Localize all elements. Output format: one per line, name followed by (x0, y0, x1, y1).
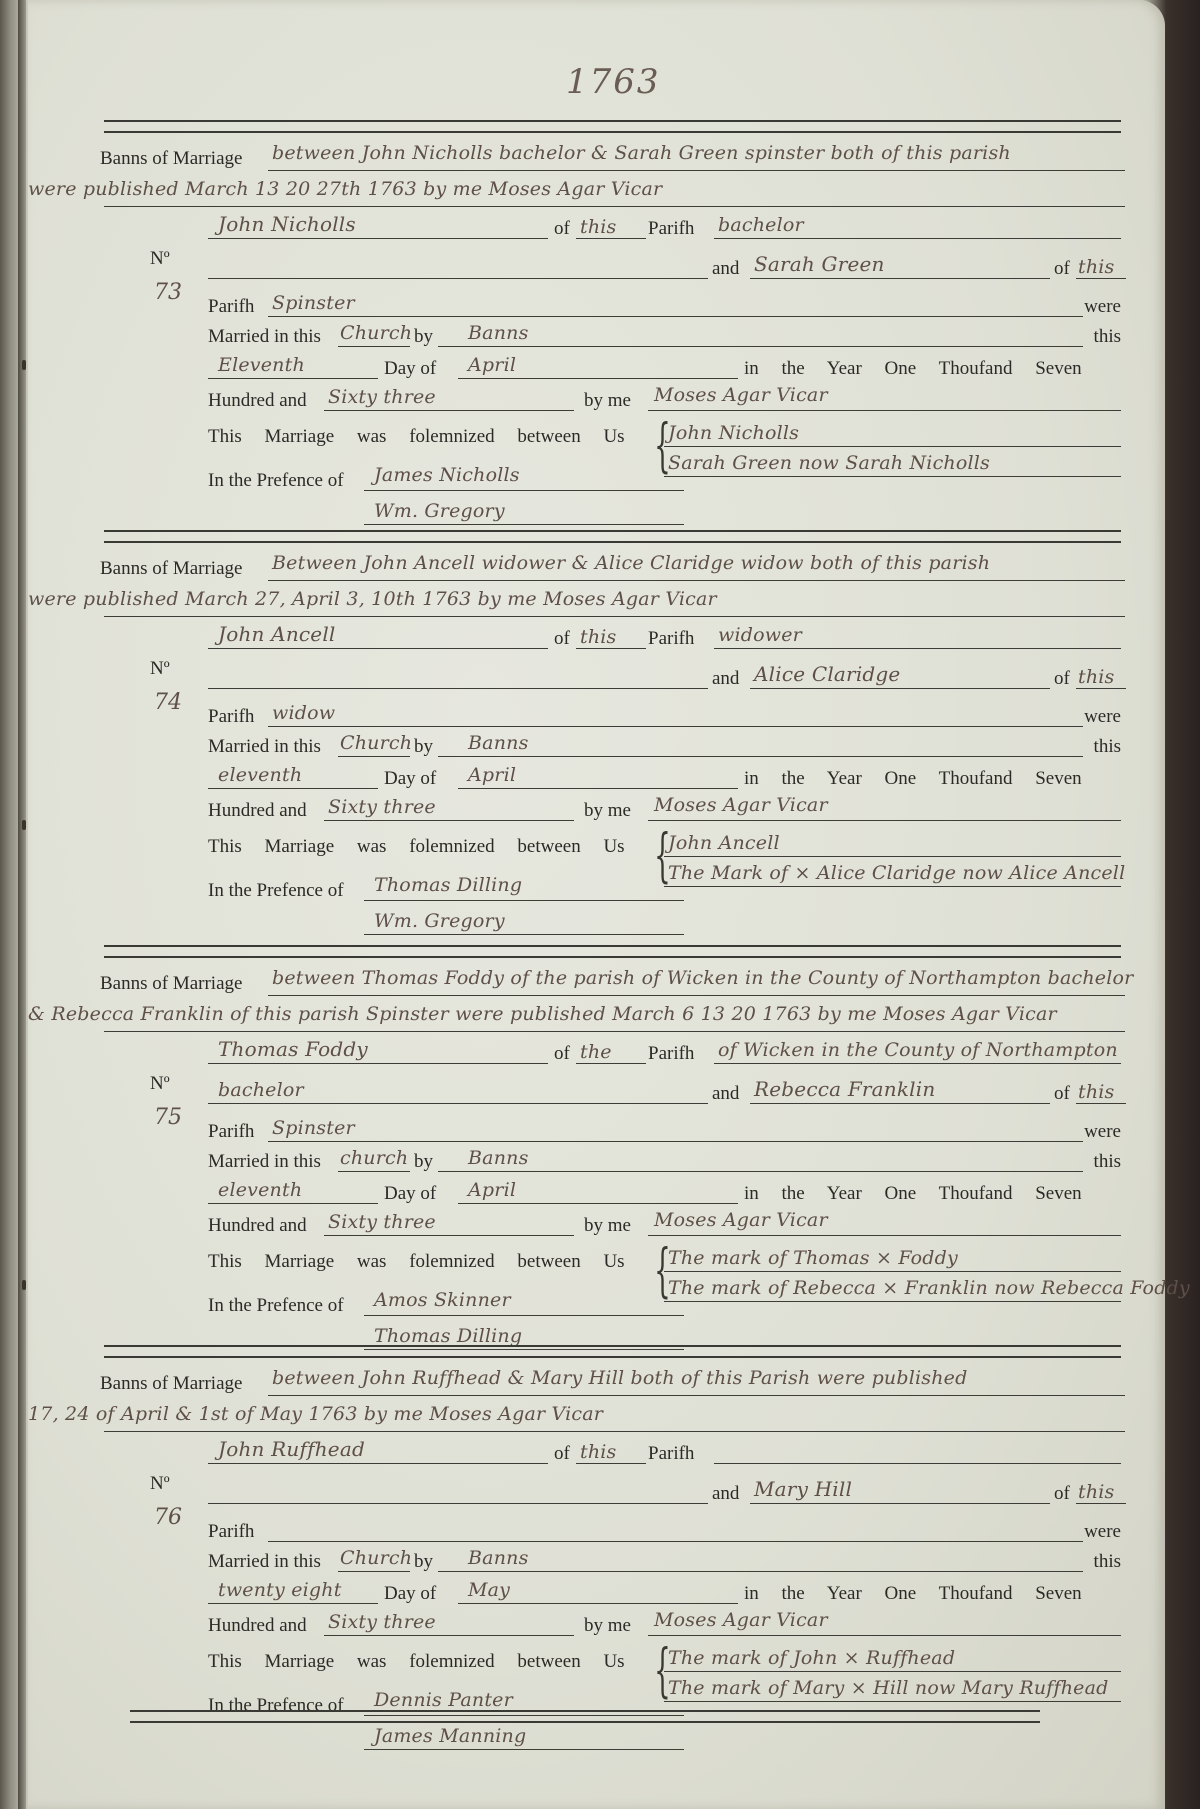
bride-name: Alice Claridge (754, 662, 900, 686)
day-value: Eleventh (218, 354, 305, 376)
entry-divider (104, 530, 1121, 543)
month-value: May (468, 1579, 510, 1601)
year-words: Sixty three (328, 796, 436, 818)
this-label: this (1094, 326, 1121, 348)
groom-name: John Ruffhead (218, 1437, 365, 1461)
year-phrase: in the Year One Thoufand Seven (744, 1583, 1082, 1605)
by-me-label: by me (584, 1215, 631, 1237)
groom-of-underline (576, 1063, 646, 1064)
by-label: by (414, 326, 433, 348)
day-underline (208, 788, 378, 789)
groom-status-underline (714, 1463, 1121, 1464)
banns-text-line1: Between John Ancell widower & Alice Clar… (272, 552, 990, 574)
month-value: April (468, 764, 516, 786)
parish-label: Parifh (648, 1443, 694, 1465)
year-words: Sixty three (328, 1611, 436, 1633)
were-label: were (1084, 1121, 1121, 1143)
witness-1-underline (364, 1315, 684, 1316)
and-label: and (712, 668, 739, 690)
binding-stitch (22, 360, 26, 370)
signature-1: The mark of John × Ruffhead (668, 1647, 955, 1669)
by-value: Banns (468, 1547, 529, 1569)
banns-underline (268, 1395, 1125, 1396)
bride-name: Rebecca Franklin (754, 1077, 935, 1101)
of-label: of (554, 628, 570, 650)
year-words: Sixty three (328, 1211, 436, 1233)
signature-2: The mark of Rebecca × Franklin now Rebec… (668, 1277, 1190, 1299)
bride-underline (750, 688, 1050, 689)
day-of-label: Day of (384, 768, 436, 790)
signature-2: The mark of Mary × Hill now Mary Ruffhea… (668, 1677, 1109, 1699)
by-me-label: by me (584, 390, 631, 412)
entry-number-label: Nº (150, 658, 170, 680)
entry-number-label: Nº (150, 248, 170, 270)
groom-name: Thomas Foddy (218, 1037, 368, 1061)
entry-number: 75 (154, 1105, 182, 1130)
parish-label-2: Parifh (208, 1521, 254, 1543)
page-end-divider (130, 1710, 1040, 1723)
married-in-label: Married in this (208, 736, 321, 758)
bride-of-underline (1076, 1103, 1126, 1104)
groom-of-value: this (580, 626, 617, 648)
parish-label-2: Parifh (208, 296, 254, 318)
bride-status-underline (268, 1541, 1083, 1542)
were-label: were (1084, 296, 1121, 318)
groom-of-value: this (580, 1441, 617, 1463)
solemnized-label: This Marriage was folemnized between Us (208, 426, 625, 448)
bride-name: Sarah Green (754, 252, 885, 276)
and-label: and (712, 1083, 739, 1105)
of-label-2: of (1054, 258, 1070, 280)
witness-2: James Manning (374, 1725, 526, 1747)
groom-of-value: this (580, 216, 617, 238)
groom-parish-cont-underline (208, 1103, 708, 1104)
officiant: Moses Agar Vicar (654, 794, 828, 816)
groom-underline (208, 1063, 548, 1064)
presence-label: In the Prefence of (208, 880, 344, 902)
by-value: Banns (468, 1147, 529, 1169)
banns-text-line2: 17, 24 of April & 1st of May 1763 by me … (28, 1403, 603, 1425)
of-label: of (554, 1043, 570, 1065)
witness-1: James Nicholls (374, 464, 520, 486)
bride-of-value: this (1078, 666, 1115, 688)
of-label-2: of (1054, 1083, 1070, 1105)
banns-label: Banns of Marriage (100, 1373, 242, 1395)
bride-status: Spinster (272, 292, 355, 314)
witness-1: Thomas Dilling (374, 874, 522, 896)
parish-label-2: Parifh (208, 1121, 254, 1143)
bride-underline (750, 1503, 1050, 1504)
year-words-underline (324, 1235, 574, 1236)
banns-label: Banns of Marriage (100, 558, 242, 580)
signature-2-underline (664, 476, 1121, 477)
year-words-underline (324, 1635, 574, 1636)
groom-parish-cont: bachelor (218, 1079, 304, 1101)
banns-text-line2: were published March 13 20 27th 1763 by … (28, 178, 662, 200)
bride-of-value: this (1078, 256, 1115, 278)
officiant-underline (648, 1235, 1121, 1236)
married-in-label: Married in this (208, 326, 321, 348)
year-words: Sixty three (328, 386, 436, 408)
parish-label-2: Parifh (208, 706, 254, 728)
day-of-label: Day of (384, 358, 436, 380)
bride-of-value: this (1078, 1481, 1115, 1503)
witness-2-underline (364, 524, 684, 525)
groom-of-underline (576, 648, 646, 649)
year-words-underline (324, 410, 574, 411)
signature-2-underline (664, 1701, 1121, 1702)
bride-status-underline (268, 316, 1083, 317)
officiant-underline (648, 410, 1121, 411)
year-phrase: in the Year One Thoufand Seven (744, 768, 1082, 790)
witness-2-underline (364, 1749, 684, 1750)
place: Church (340, 732, 412, 754)
parish-label: Parifh (648, 1043, 694, 1065)
banns-text-line2: & Rebecca Franklin of this parish Spinst… (28, 1003, 1057, 1025)
place-underline (338, 756, 410, 757)
place-underline (338, 346, 410, 347)
of-label-2: of (1054, 1483, 1070, 1505)
bride-of-underline (1076, 278, 1126, 279)
banns-text-line1: between Thomas Foddy of the parish of Wi… (272, 967, 1133, 989)
month-underline (458, 788, 738, 789)
signature-1-underline (664, 1671, 1121, 1672)
groom-parish-cont-underline (208, 688, 708, 689)
witness-2: Wm. Gregory (374, 500, 505, 522)
banns-underline-2 (104, 1031, 1125, 1032)
signature-1-underline (664, 1271, 1121, 1272)
married-in-label: Married in this (208, 1151, 321, 1173)
bride-status: widow (272, 702, 335, 724)
witness-2-underline (364, 934, 684, 935)
month-underline (458, 378, 738, 379)
hundred-and-label: Hundred and (208, 390, 307, 412)
entry-divider (104, 945, 1121, 958)
officiant: Moses Agar Vicar (654, 1609, 828, 1631)
of-label: of (554, 1443, 570, 1465)
month-underline (458, 1603, 738, 1604)
groom-underline (208, 1463, 548, 1464)
this-label: this (1094, 736, 1121, 758)
groom-status-underline (714, 238, 1121, 239)
groom-underline (208, 648, 548, 649)
officiant-underline (648, 820, 1121, 821)
witness-1-underline (364, 900, 684, 901)
binding-stitch (22, 1280, 26, 1290)
groom-name: John Nicholls (218, 212, 356, 236)
binding-stitch (22, 820, 26, 830)
banns-label: Banns of Marriage (100, 973, 242, 995)
signature-1: The mark of Thomas × Foddy (668, 1247, 958, 1269)
register-book: 1763 Banns of Marriage between John Nich… (0, 0, 1200, 1809)
solemnized-label: This Marriage was folemnized between Us (208, 1651, 625, 1673)
of-label-2: of (1054, 668, 1070, 690)
by-underline (438, 756, 1083, 757)
month-value: April (468, 1179, 516, 1201)
presence-label: In the Prefence of (208, 1295, 344, 1317)
hundred-and-label: Hundred and (208, 800, 307, 822)
entry-divider (104, 120, 1121, 133)
witness-2: Wm. Gregory (374, 910, 505, 932)
groom-status: of Wicken in the County of Northampton (718, 1039, 1118, 1061)
witness-1-underline (364, 490, 684, 491)
banns-underline-2 (104, 616, 1125, 617)
day-of-label: Day of (384, 1583, 436, 1605)
groom-status: bachelor (718, 214, 804, 236)
hundred-and-label: Hundred and (208, 1215, 307, 1237)
by-me-label: by me (584, 800, 631, 822)
day-of-label: Day of (384, 1183, 436, 1205)
entry-divider (104, 1345, 1121, 1358)
witness-1: Dennis Panter (374, 1689, 513, 1711)
entry-number-label: Nº (150, 1073, 170, 1095)
year-phrase: in the Year One Thoufand Seven (744, 1183, 1082, 1205)
by-label: by (414, 736, 433, 758)
presence-label: In the Prefence of (208, 470, 344, 492)
bride-of-underline (1076, 1503, 1126, 1504)
month-underline (458, 1203, 738, 1204)
signature-2-underline (664, 886, 1121, 887)
by-me-label: by me (584, 1615, 631, 1637)
year-words-underline (324, 820, 574, 821)
banns-text-line1: between John Ruffhead & Mary Hill both o… (272, 1367, 967, 1389)
witness-1: Amos Skinner (374, 1289, 511, 1311)
day-underline (208, 1203, 378, 1204)
place-underline (338, 1571, 410, 1572)
groom-parish-cont-underline (208, 278, 708, 279)
signature-2-underline (664, 1301, 1121, 1302)
of-label: of (554, 218, 570, 240)
year-phrase: in the Year One Thoufand Seven (744, 358, 1082, 380)
bride-status-underline (268, 726, 1083, 727)
day-value: eleventh (218, 1179, 302, 1201)
by-underline (438, 1571, 1083, 1572)
banns-underline (268, 580, 1125, 581)
book-spine (18, 0, 26, 1809)
banns-underline (268, 170, 1125, 171)
and-label: and (712, 258, 739, 280)
register-page: 1763 Banns of Marriage between John Nich… (28, 0, 1165, 1809)
day-value: eleventh (218, 764, 302, 786)
banns-text-line2: were published March 27, April 3, 10th 1… (28, 588, 717, 610)
page-year: 1763 (566, 62, 661, 102)
signature-2: The Mark of × Alice Claridge now Alice A… (668, 862, 1125, 884)
groom-parish-cont-underline (208, 1503, 708, 1504)
bride-status: Spinster (272, 1117, 355, 1139)
banns-label: Banns of Marriage (100, 148, 242, 170)
place-underline (338, 1171, 410, 1172)
by-underline (438, 1171, 1083, 1172)
bride-of-underline (1076, 688, 1126, 689)
entry-number: 76 (154, 1505, 182, 1530)
month-value: April (468, 354, 516, 376)
day-value: twenty eight (218, 1579, 342, 1601)
parish-label: Parifh (648, 218, 694, 240)
by-label: by (414, 1551, 433, 1573)
witness-2: Thomas Dilling (374, 1325, 522, 1347)
banns-underline-2 (104, 206, 1125, 207)
banns-underline (268, 995, 1125, 996)
bride-underline (750, 278, 1050, 279)
bride-underline (750, 1103, 1050, 1104)
groom-of-value: the (580, 1041, 612, 1063)
and-label: and (712, 1483, 739, 1505)
solemnized-label: This Marriage was folemnized between Us (208, 836, 625, 858)
signature-1: John Nicholls (668, 422, 799, 444)
banns-underline-2 (104, 1431, 1125, 1432)
officiant: Moses Agar Vicar (654, 1209, 828, 1231)
by-value: Banns (468, 732, 529, 754)
by-label: by (414, 1151, 433, 1173)
this-label: this (1094, 1151, 1121, 1173)
were-label: were (1084, 1521, 1121, 1543)
entry-number: 74 (154, 690, 182, 715)
parish-label: Parifh (648, 628, 694, 650)
bride-status-underline (268, 1141, 1083, 1142)
bride-name: Mary Hill (754, 1477, 852, 1501)
day-underline (208, 378, 378, 379)
officiant-underline (648, 1635, 1121, 1636)
entry-number-label: Nº (150, 1473, 170, 1495)
place: Church (340, 322, 412, 344)
bride-of-value: this (1078, 1081, 1115, 1103)
were-label: were (1084, 706, 1121, 728)
place: Church (340, 1547, 412, 1569)
hundred-and-label: Hundred and (208, 1615, 307, 1637)
this-label: this (1094, 1551, 1121, 1573)
place: church (340, 1147, 408, 1169)
groom-status: widower (718, 624, 802, 646)
married-in-label: Married in this (208, 1551, 321, 1573)
officiant: Moses Agar Vicar (654, 384, 828, 406)
groom-of-underline (576, 238, 646, 239)
by-underline (438, 346, 1083, 347)
groom-status-underline (714, 1063, 1121, 1064)
day-underline (208, 1603, 378, 1604)
signature-1: John Ancell (668, 832, 780, 854)
signature-1-underline (664, 856, 1121, 857)
groom-of-underline (576, 1463, 646, 1464)
groom-status-underline (714, 648, 1121, 649)
signature-2: Sarah Green now Sarah Nicholls (668, 452, 990, 474)
banns-text-line1: between John Nicholls bachelor & Sarah G… (272, 142, 1011, 164)
by-value: Banns (468, 322, 529, 344)
groom-name: John Ancell (218, 622, 336, 646)
groom-underline (208, 238, 548, 239)
signature-1-underline (664, 446, 1121, 447)
solemnized-label: This Marriage was folemnized between Us (208, 1251, 625, 1273)
entry-number: 73 (154, 280, 182, 305)
